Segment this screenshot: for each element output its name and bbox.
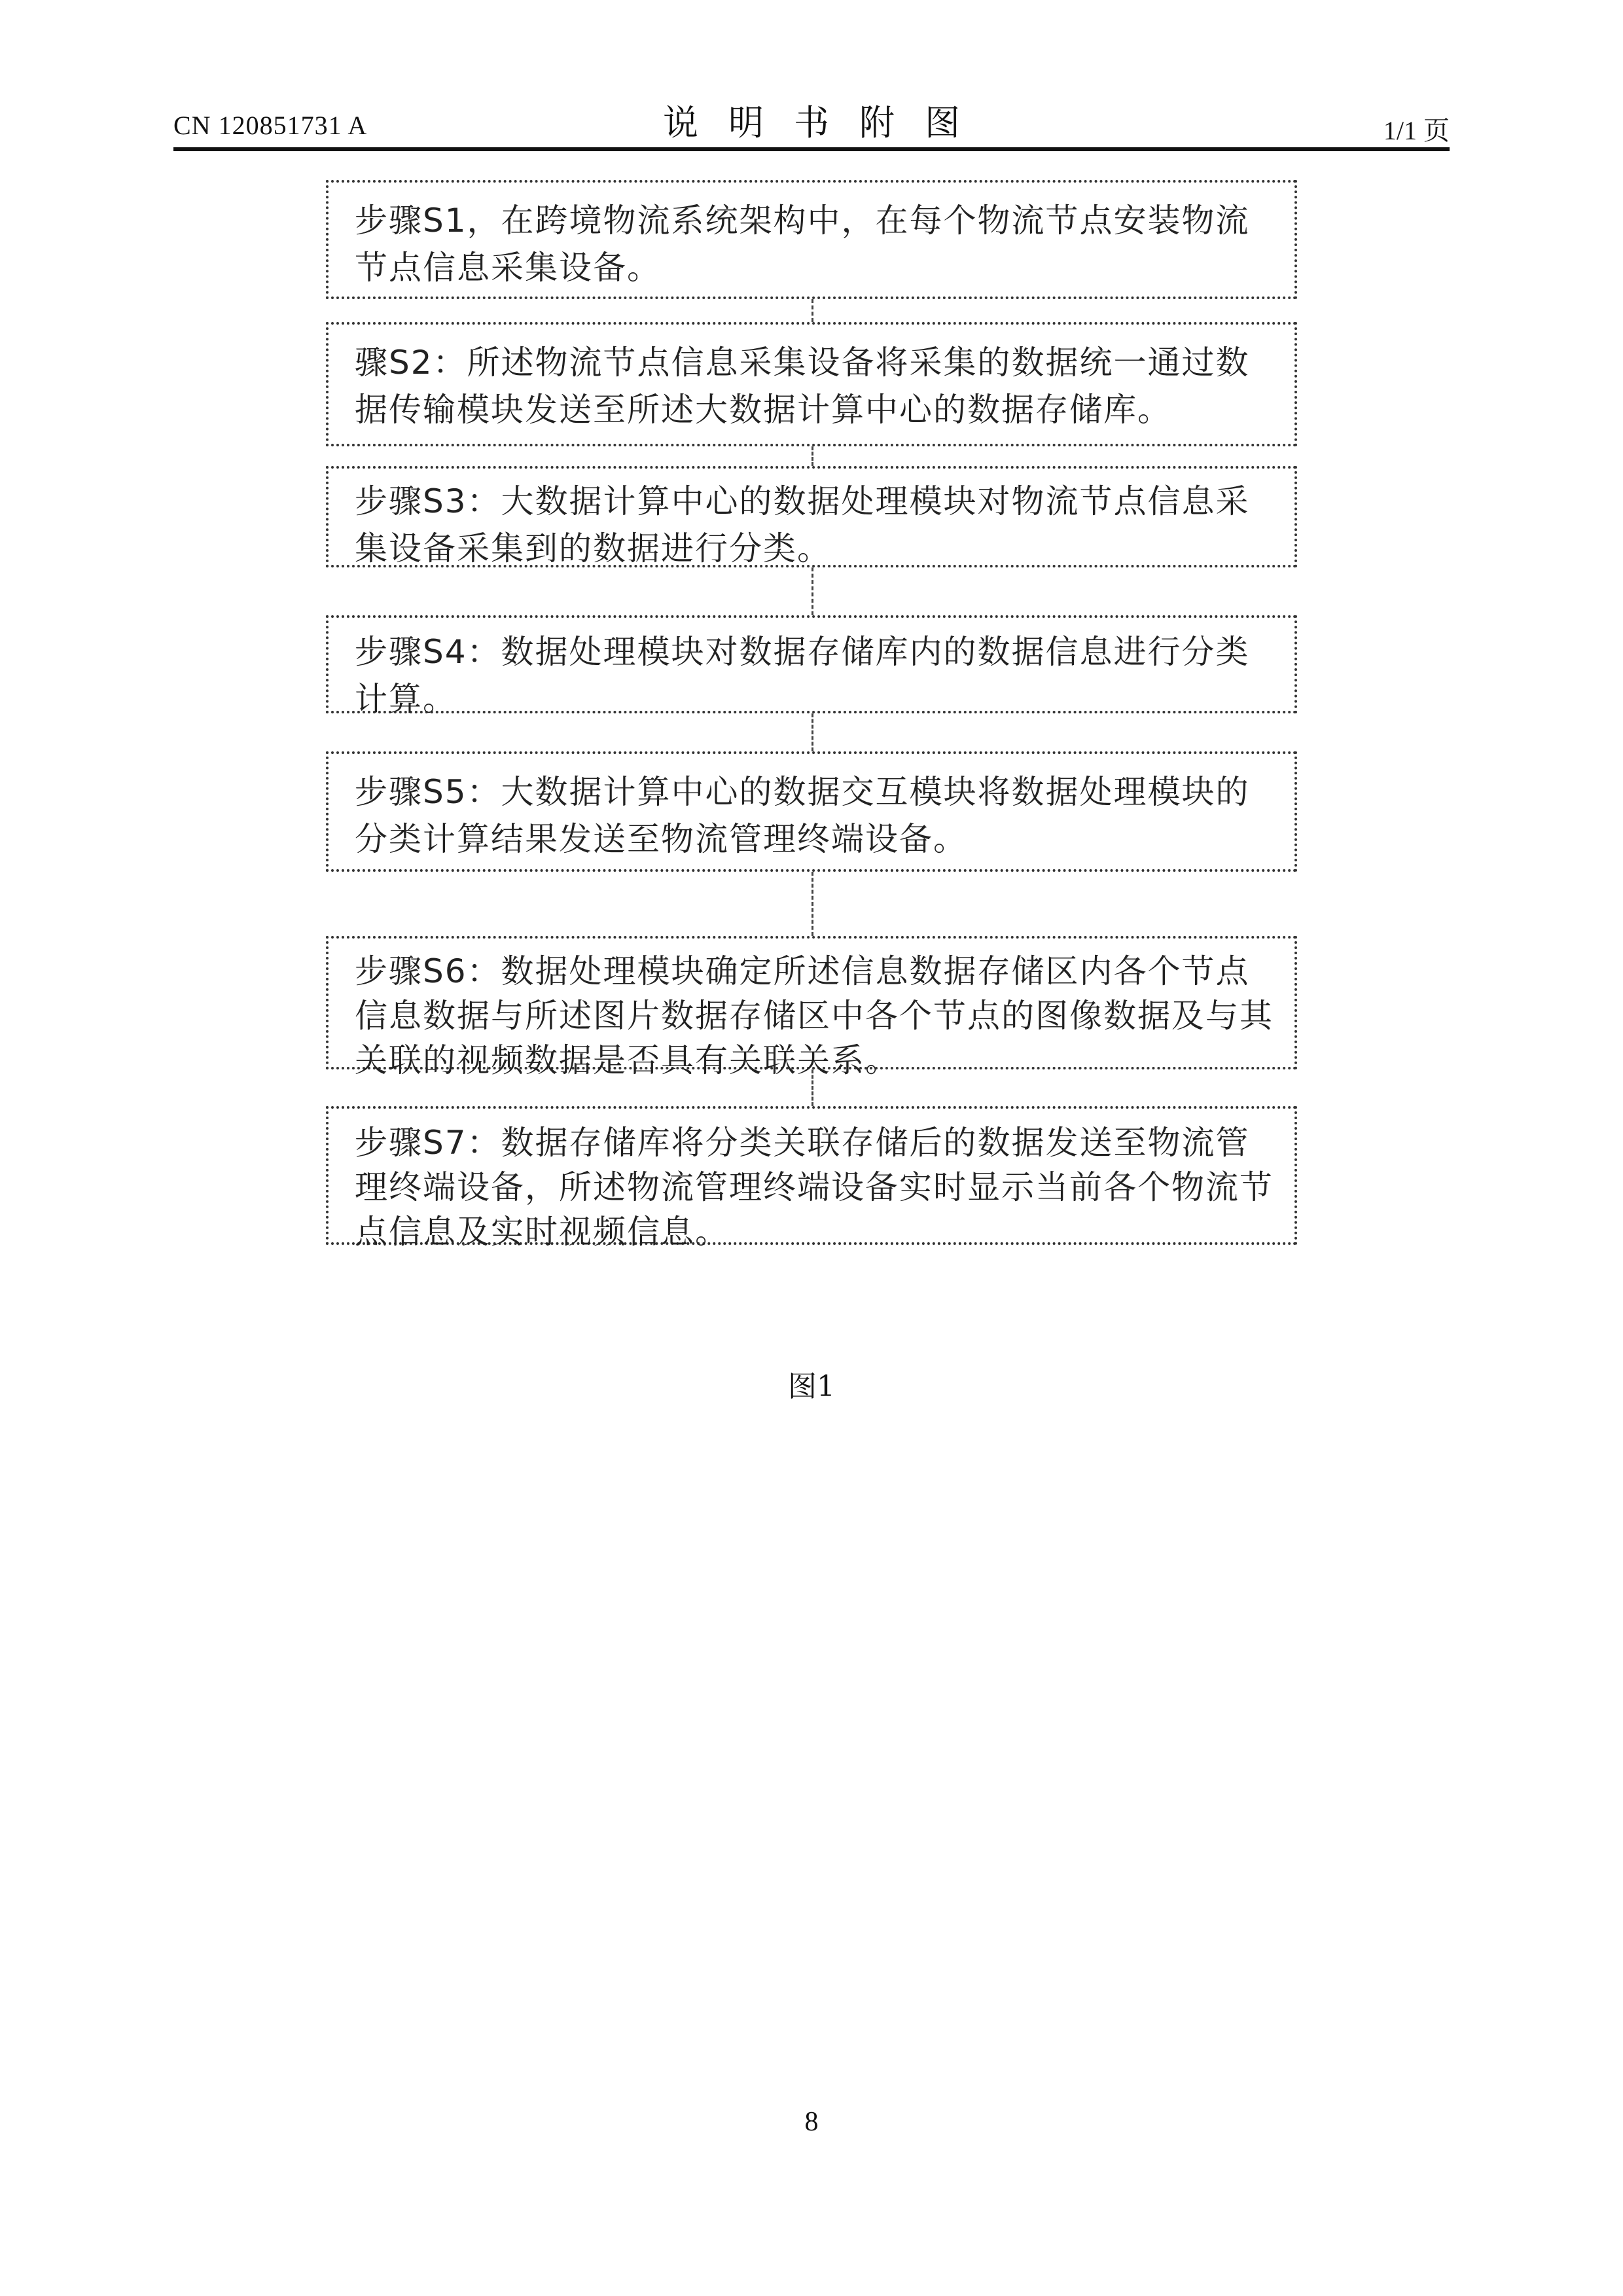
step-text: 步骤S5：大数据计算中心的数据交互模块将数据处理模块的分类计算结果发送至物流管理… [355,768,1274,863]
connector-line [811,446,813,466]
connector-line [811,567,813,615]
connector-line [811,299,813,322]
flowchart: 步骤S1，在跨境物流系统架构中，在每个物流节点安装物流节点信息采集设备。 骤S2… [0,0,1623,1440]
step-box-s6: 步骤S6：数据处理模块确定所述信息数据存储区内各个节点信息数据与所述图片数据存储… [326,936,1297,1069]
step-text: 骤S2：所述物流节点信息采集设备将采集的数据统一通过数据传输模块发送至所述大数据… [355,339,1274,433]
connector-line [811,872,813,936]
step-text: 步骤S1，在跨境物流系统架构中，在每个物流节点安装物流节点信息采集设备。 [355,197,1274,291]
step-text: 步骤S6：数据处理模块确定所述信息数据存储区内各个节点信息数据与所述图片数据存储… [355,949,1274,1083]
step-box-s5: 步骤S5：大数据计算中心的数据交互模块将数据处理模块的分类计算结果发送至物流管理… [326,751,1297,872]
step-text: 步骤S3：大数据计算中心的数据处理模块对物流节点信息采集设备采集到的数据进行分类… [355,478,1274,572]
connector-line [811,713,813,751]
step-box-s2: 骤S2：所述物流节点信息采集设备将采集的数据统一通过数据传输模块发送至所述大数据… [326,322,1297,446]
step-box-s1: 步骤S1，在跨境物流系统架构中，在每个物流节点安装物流节点信息采集设备。 [326,180,1297,299]
step-text: 步骤S4：数据处理模块对数据存储库内的数据信息进行分类计算。 [355,628,1274,723]
figure-caption: 图1 [0,1363,1623,1405]
step-box-s4: 步骤S4：数据处理模块对数据存储库内的数据信息进行分类计算。 [326,615,1297,713]
step-box-s7: 步骤S7：数据存储库将分类关联存储后的数据发送至物流管理终端设备，所述物流管理终… [326,1106,1297,1245]
page-number: 8 [0,2106,1623,2138]
step-text: 步骤S7：数据存储库将分类关联存储后的数据发送至物流管理终端设备，所述物流管理终… [355,1121,1274,1254]
step-box-s3: 步骤S3：大数据计算中心的数据处理模块对物流节点信息采集设备采集到的数据进行分类… [326,466,1297,567]
connector-line [811,1069,813,1106]
